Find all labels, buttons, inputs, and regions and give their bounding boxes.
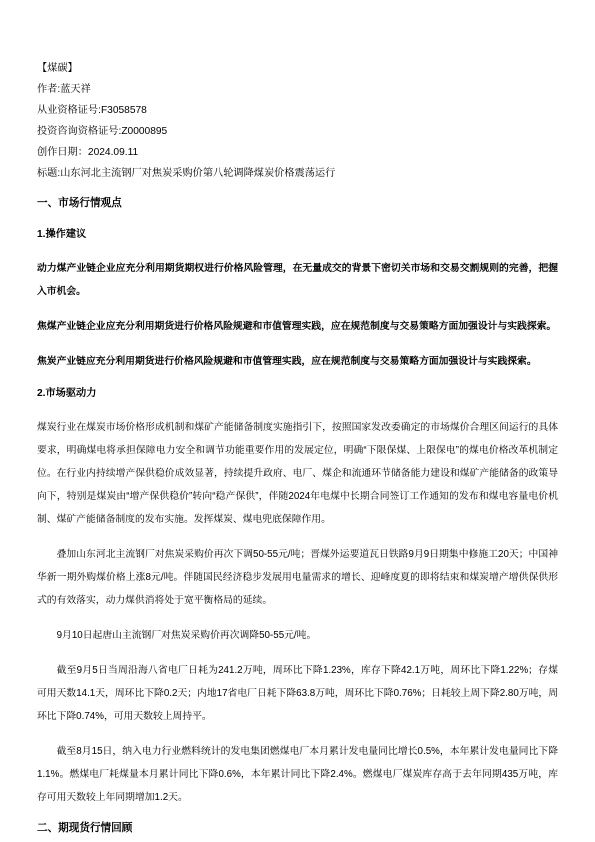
report-category: 【煤碳】 — [37, 58, 558, 79]
advice-paragraph-coke: 焦炭产业链应充分利用期货进行价格风险规避和市值管理实践，应在规范制度与交易策略方… — [37, 350, 558, 373]
advice-paragraph-thermal-coal: 动力煤产业链企业应充分利用期货期权进行价格风险管理，在无量成交的背景下密切关市场… — [37, 257, 558, 303]
report-body: 一、市场行情观点 1.操作建议 动力煤产业链企业应充分利用期货期权进行价格风险管… — [37, 193, 558, 839]
report-advisory-cert: 投资咨询资格证号:Z0000895 — [37, 121, 558, 142]
section-spot-review-heading: 二、期现货行情回顾 — [37, 818, 558, 839]
section-market-view-heading: 一、市场行情观点 — [37, 193, 558, 214]
report-title: 标题:山东河北主流钢厂对焦炭采购价第八轮调降煤炭价格震荡运行 — [37, 163, 558, 184]
driver-paragraph-power-plants: 截至8月15日，纳入电力行业燃料统计的发电集团燃煤电厂本月累计发电量同比增长0.… — [37, 740, 558, 809]
driver-paragraph-supply-demand: 叠加山东河北主流钢厂对焦炭采购价再次下调50-55元/吨；晋煤外运要道瓦日铁路9… — [37, 543, 558, 612]
subsection-advice-heading: 1.操作建议 — [37, 224, 558, 245]
driver-paragraph-tangshan-price-cut: 9月10日起唐山主流钢厂对焦炭采购价再次调降50-55元/吨。 — [37, 624, 558, 647]
driver-paragraph-policy: 煤炭行业在煤炭市场价格形成机制和煤矿产能储备制度实施指引下，按照国家发改委确定的… — [37, 416, 558, 531]
driver-paragraph-daily-consumption: 截至9月5日当周沿海八省电厂日耗为241.2万吨，周环比下降1.23%，库存下降… — [37, 659, 558, 728]
top-margin — [37, 50, 558, 58]
report-practice-cert: 从业资格证号:F3058578 — [37, 100, 558, 121]
subsection-drivers-heading: 2.市场驱动力 — [37, 383, 558, 404]
advice-paragraph-coking-coal: 焦煤产业链企业应充分利用期货进行价格风险规避和市值管理实践，应在规范制度与交易策… — [37, 315, 558, 338]
report-page: 【煤碳】 作者:蓝天祥 从业资格证号:F3058578 投资咨询资格证号:Z00… — [0, 0, 595, 842]
report-creation-date: 创作日期：2024.09.11 — [37, 142, 558, 163]
report-header: 【煤碳】 作者:蓝天祥 从业资格证号:F3058578 投资咨询资格证号:Z00… — [37, 58, 558, 184]
report-author: 作者:蓝天祥 — [37, 79, 558, 100]
